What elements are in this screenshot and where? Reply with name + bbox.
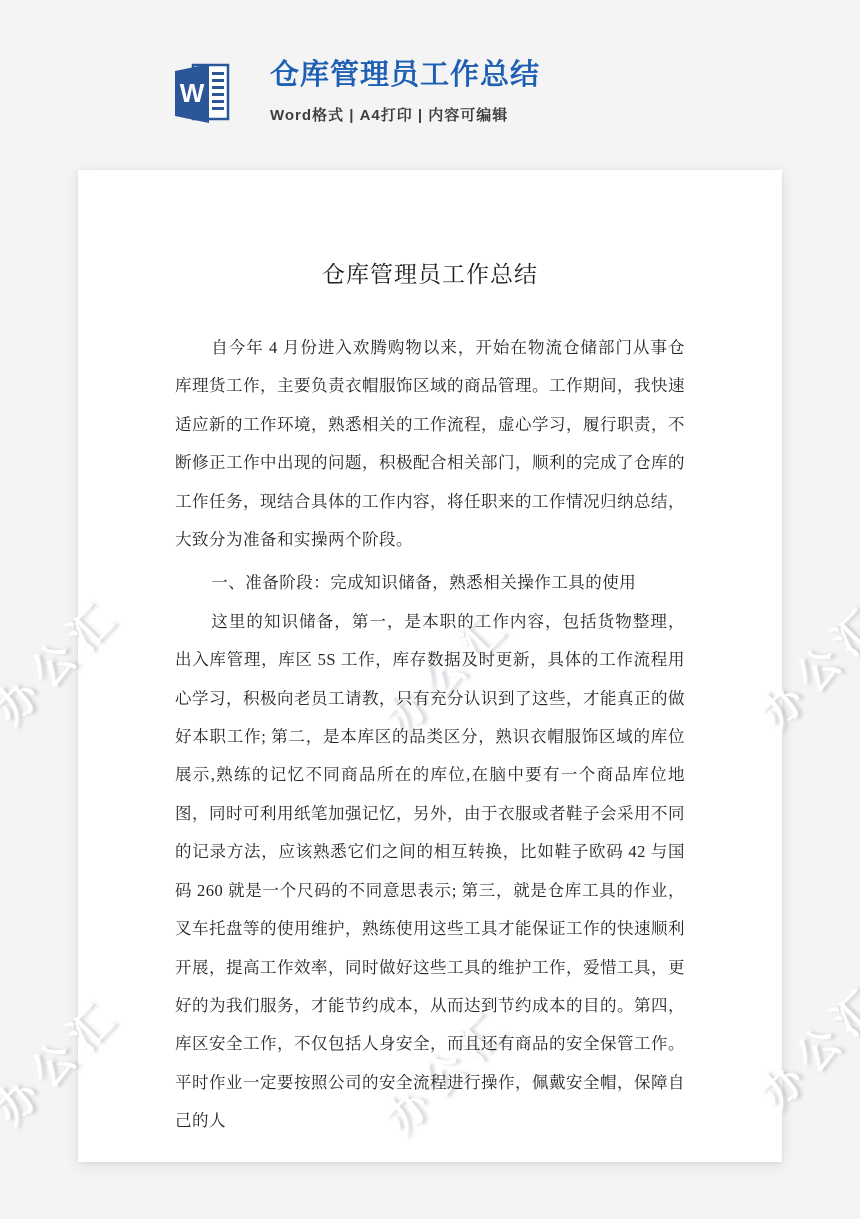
- header-text: 仓库管理员工作总结 Word格式 | A4打印 | 内容可编辑: [270, 58, 540, 125]
- document-page: 仓库管理员工作总结 自今年 4 月份进入欢腾购物以来，开始在物流仓储部门从事仓库…: [78, 170, 782, 1162]
- paragraph-knowledge: 这里的知识储备，第一，是本职的工作内容，包括货物整理，出入库管理，库区 5S 工…: [175, 603, 685, 1141]
- word-icon-graphic: W: [172, 58, 232, 126]
- word-icon: W: [172, 58, 232, 126]
- page-root: { "header": { "doc_title": "仓库管理员工作总结", …: [0, 0, 860, 1219]
- document-title: 仓库管理员工作总结: [175, 256, 685, 289]
- word-icon-letter: W: [180, 78, 205, 108]
- document-content: 仓库管理员工作总结 自今年 4 月份进入欢腾购物以来，开始在物流仓储部门从事仓库…: [78, 170, 782, 1141]
- header: W 仓库管理员工作总结 Word格式 | A4打印 | 内容可编辑: [172, 58, 540, 126]
- header-meta: Word格式 | A4打印 | 内容可编辑: [270, 104, 540, 125]
- header-doc-title: 仓库管理员工作总结: [270, 58, 540, 92]
- section-heading-preparation: 一、准备阶段：完成知识储备，熟悉相关操作工具的使用: [175, 564, 685, 602]
- paragraph-intro: 自今年 4 月份进入欢腾购物以来，开始在物流仓储部门从事仓库理货工作，主要负责衣…: [175, 329, 685, 559]
